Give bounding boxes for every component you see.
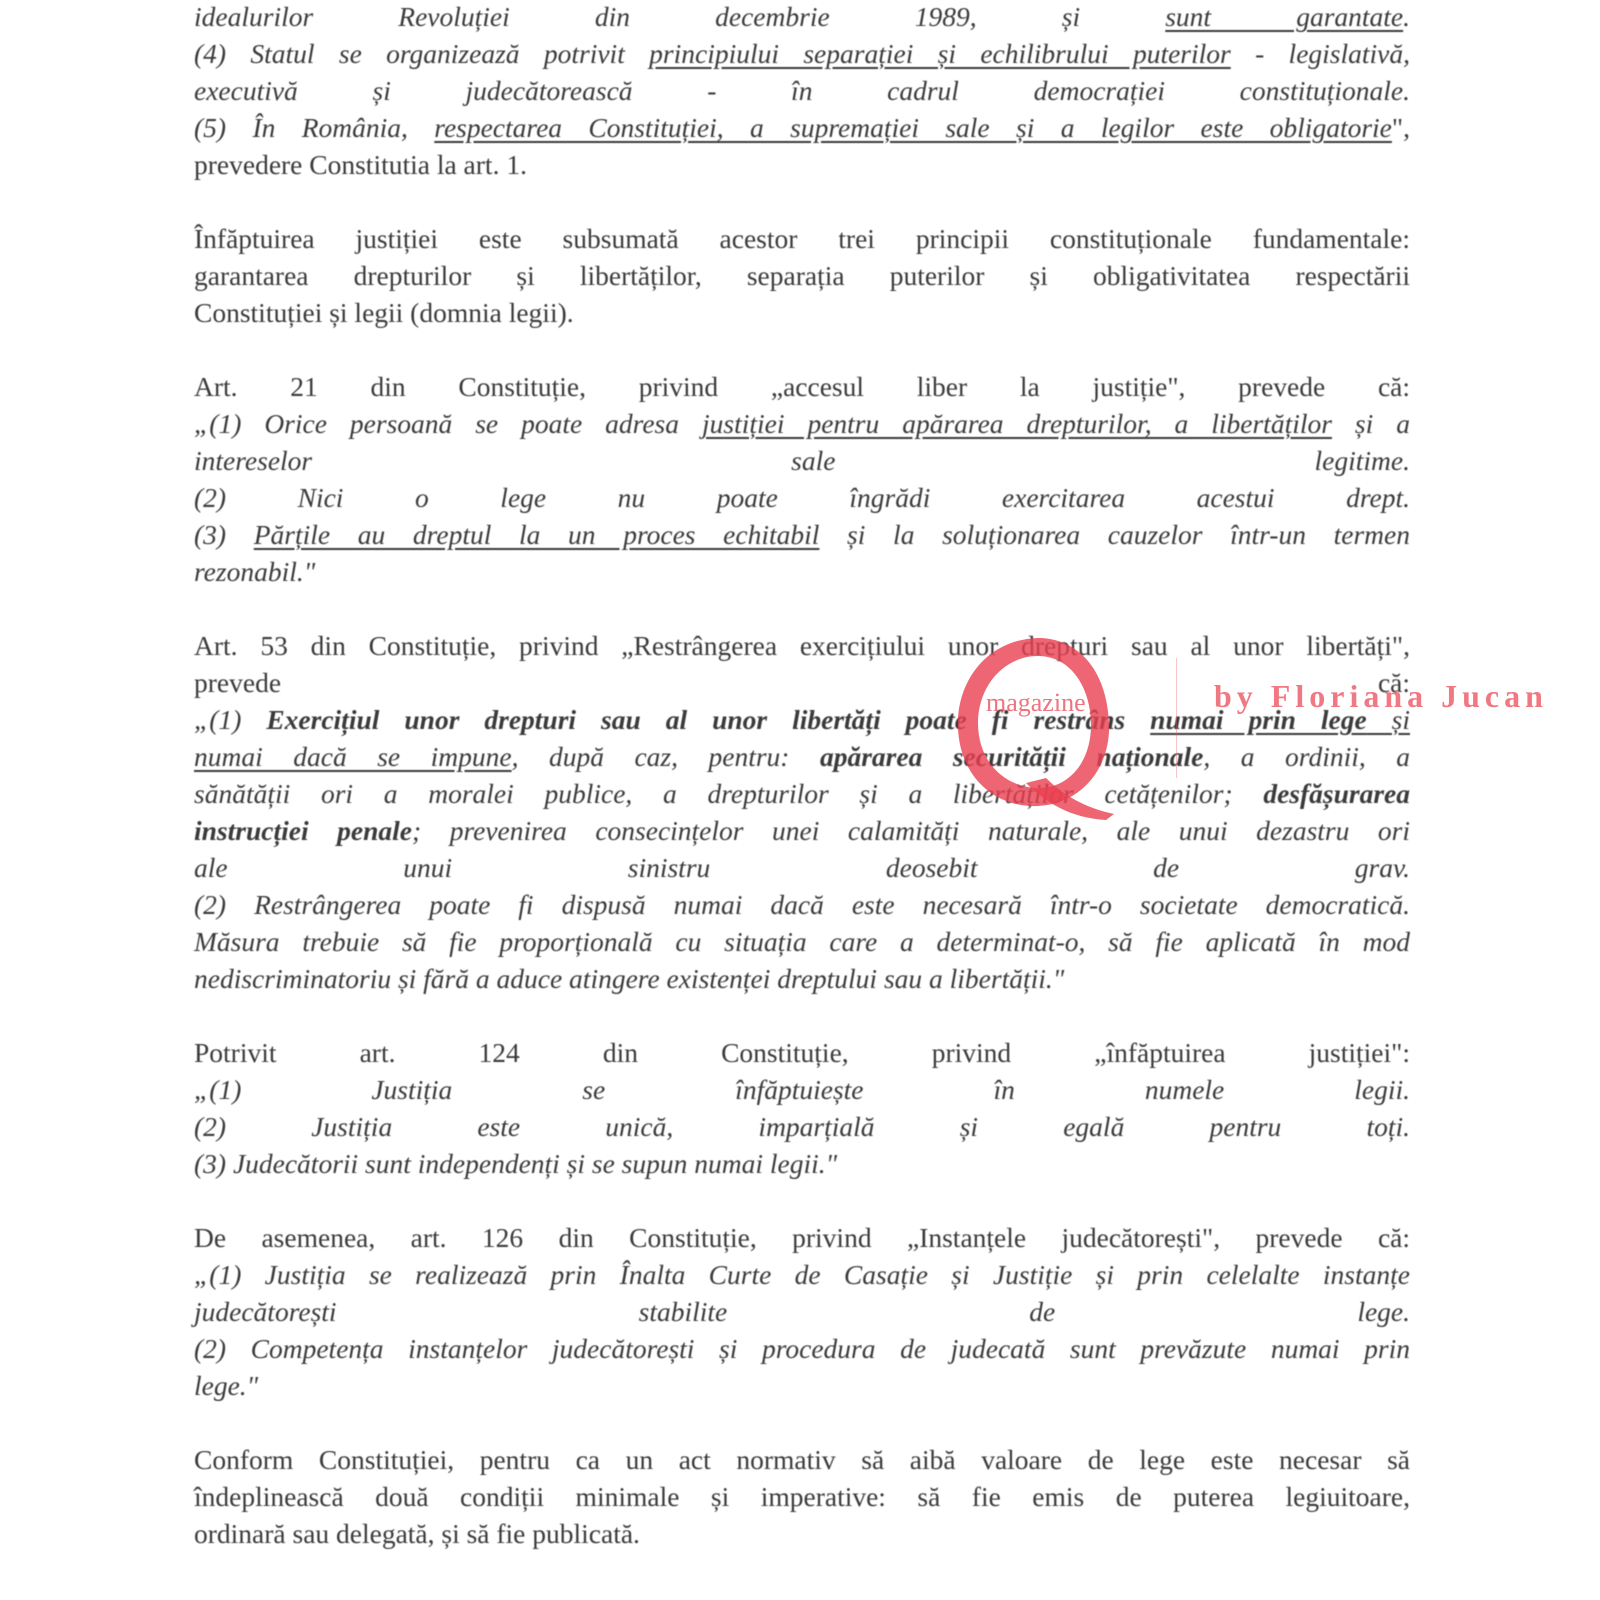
paragraph-art126: De asemenea, art. 126 din Constituție, p… [194,1219,1410,1404]
text-run: și a [1332,408,1410,439]
paragraph-gap [194,1404,1410,1441]
paragraph-principles-paragraph: Înfăptuirea justiției este subsumată ace… [194,220,1410,331]
text-line: Măsura trebuie să fie proporțională cu s… [194,923,1410,960]
text-line: (2) Competența instanțelor judecătorești… [194,1330,1410,1367]
text-run: sănătății ori a moralei publice, a drept… [194,778,1263,809]
text-run: . [1403,1,1410,32]
text-line: judecătorești stabilite de lege. [194,1293,1410,1330]
text-line: Constituției și legii (domnia legii). [194,294,1410,331]
document-page: idealurilor Revoluției din decembrie 198… [194,0,1410,1552]
text-run: (2) Justiția este unică, imparțială și e… [194,1111,1410,1142]
text-run: idealurilor Revoluției din decembrie 198… [194,1,1165,32]
text-run: De asemenea, art. 126 din Constituție, p… [194,1222,1410,1253]
text-run: Art. 53 din Constituție, privind „Restrâ… [194,630,1410,661]
text-line: (3) Părțile au dreptul la un proces echi… [194,516,1410,553]
document-body: idealurilor Revoluției din decembrie 198… [194,0,1410,1552]
text-run: (2) Nici o lege nu poate îngrădi exercit… [194,482,1410,513]
text-line: ale unui sinistru deosebit de grav. [194,849,1410,886]
paragraph-art124: Potrivit art. 124 din Constituție, privi… [194,1034,1410,1182]
text-line: instrucției penale; prevenirea consecinț… [194,812,1410,849]
text-run: garantarea drepturilor și libertăților, … [194,260,1410,291]
text-line: garantarea drepturilor și libertăților, … [194,257,1410,294]
text-line: Potrivit art. 124 din Constituție, privi… [194,1034,1410,1071]
text-run: ; prevenirea consecințelor unei calamită… [412,815,1410,846]
paragraph-gap [194,331,1410,368]
paragraph-art1-quote-end: idealurilor Revoluției din decembrie 198… [194,0,1410,183]
text-run: - legislativă, [1231,38,1410,69]
text-line: intereselor sale legitime. [194,442,1410,479]
text-line: sănătății ori a moralei publice, a drept… [194,775,1410,812]
text-run: „(1) Justiția se realizează prin Înalta … [194,1259,1410,1290]
text-run: Exercițiul unor drepturi sau al unor lib… [266,704,1150,735]
text-line: lege." [194,1367,1410,1404]
text-line: Art. 53 din Constituție, privind „Restrâ… [194,627,1410,664]
text-line: prevedere Constitutia la art. 1. [194,146,1410,183]
text-run: Măsura trebuie să fie proporțională cu s… [194,926,1410,957]
text-line: „(1) Justiția se realizează prin Înalta … [194,1256,1410,1293]
text-run: „(1) Justiția se înfăptuiește în numele … [194,1074,1410,1105]
text-line: (5) În România, respectarea Constituției… [194,109,1410,146]
text-run: Conform Constituției, pentru ca un act n… [194,1444,1410,1475]
text-line: (2) Nici o lege nu poate îngrădi exercit… [194,479,1410,516]
text-run: și [1367,704,1410,735]
text-run: nediscriminatoriu și fără a aduce atinge… [194,963,1064,994]
text-line: rezonabil." [194,553,1410,590]
text-run: (2) Restrângerea poate fi dispusă numai … [194,889,1410,920]
text-run: Constituției și legii (domnia legii). [194,297,574,328]
text-run: principiului separației și echilibrului … [649,38,1231,69]
text-run: rezonabil." [194,556,315,587]
paragraph-gap [194,590,1410,627]
paragraph-art21: Art. 21 din Constituție, privind „accesu… [194,368,1410,590]
text-run: judecătorești stabilite de lege. [194,1296,1410,1327]
text-line: „(1) Exercițiul unor drepturi sau al uno… [194,701,1410,738]
text-run: apărarea securității naționale [820,741,1203,772]
text-run: lege." [194,1370,258,1401]
text-run: ordinară sau delegată, și să fie publica… [194,1518,640,1549]
text-line: (2) Restrângerea poate fi dispusă numai … [194,886,1410,923]
paragraph-gap [194,997,1410,1034]
text-run: „(1) [194,704,266,735]
text-run: Părțile au dreptul la un proces echitabi… [254,519,820,550]
text-run: îndeplinească două condiții minimale și … [194,1481,1410,1512]
text-run: numai prin lege [1150,704,1367,735]
text-line: „(1) Orice persoană se poate adresa just… [194,405,1410,442]
text-run: executivă și judecătorească - în cadrul … [194,75,1410,106]
text-run: , a ordinii, a [1203,741,1410,772]
text-line: Art. 21 din Constituție, privind „accesu… [194,368,1410,405]
text-line: numai dacă se impune, după caz, pentru: … [194,738,1410,775]
text-line: executivă și judecătorească - în cadrul … [194,72,1410,109]
text-run: Art. 21 din Constituție, privind „accesu… [194,371,1410,402]
text-run: respectarea Constituției, a supremației … [434,112,1392,143]
text-run: justiției pentru apărarea drepturilor, a… [702,408,1332,439]
text-run: desfășurarea [1263,778,1410,809]
text-line: idealurilor Revoluției din decembrie 198… [194,0,1410,35]
text-run: sunt garantate [1165,1,1403,32]
text-line: Conform Constituției, pentru ca un act n… [194,1441,1410,1478]
text-run: și la soluționarea cauzelor într-un term… [819,519,1410,550]
text-run: Înfăptuirea justiției este subsumată ace… [194,223,1410,254]
text-run: , după caz, pentru: [512,741,820,772]
text-run: „(1) Orice persoană se poate adresa [194,408,702,439]
text-line: nediscriminatoriu și fără a aduce atinge… [194,960,1410,997]
text-line: De asemenea, art. 126 din Constituție, p… [194,1219,1410,1256]
text-run: prevedere Constitutia la art. 1. [194,149,527,180]
paragraph-gap [194,183,1410,220]
text-run: instrucției penale [194,815,412,846]
paragraph-conform-paragraph: Conform Constituției, pentru ca un act n… [194,1441,1410,1552]
text-run: ale unui sinistru deosebit de grav. [194,852,1410,883]
text-line: (3) Judecătorii sunt independenți și se … [194,1145,1410,1182]
text-run: (3) [194,519,254,550]
text-run: intereselor sale legitime. [194,445,1410,476]
text-run: (2) Competența instanțelor judecătorești… [194,1333,1410,1364]
text-line: Înfăptuirea justiției este subsumată ace… [194,220,1410,257]
text-run: (4) Statul se organizează potrivit [194,38,649,69]
text-line: ordinară sau delegată, și să fie publica… [194,1515,1410,1552]
text-line: (4) Statul se organizează potrivit princ… [194,35,1410,72]
text-run: Potrivit art. 124 din Constituție, privi… [194,1037,1410,1068]
text-line: îndeplinească două condiții minimale și … [194,1478,1410,1515]
text-run: (3) Judecătorii sunt independenți și se … [194,1148,837,1179]
paragraph-gap [194,1182,1410,1219]
text-line: (2) Justiția este unică, imparțială și e… [194,1108,1410,1145]
text-line: prevede că: [194,664,1410,701]
text-run: (5) În România, [194,112,434,143]
text-run: prevede că: [194,667,1410,698]
text-line: „(1) Justiția se înfăptuiește în numele … [194,1071,1410,1108]
paragraph-art53: Art. 53 din Constituție, privind „Restrâ… [194,627,1410,997]
text-run: ", [1392,112,1410,143]
text-run: numai dacă se impune [194,741,512,772]
